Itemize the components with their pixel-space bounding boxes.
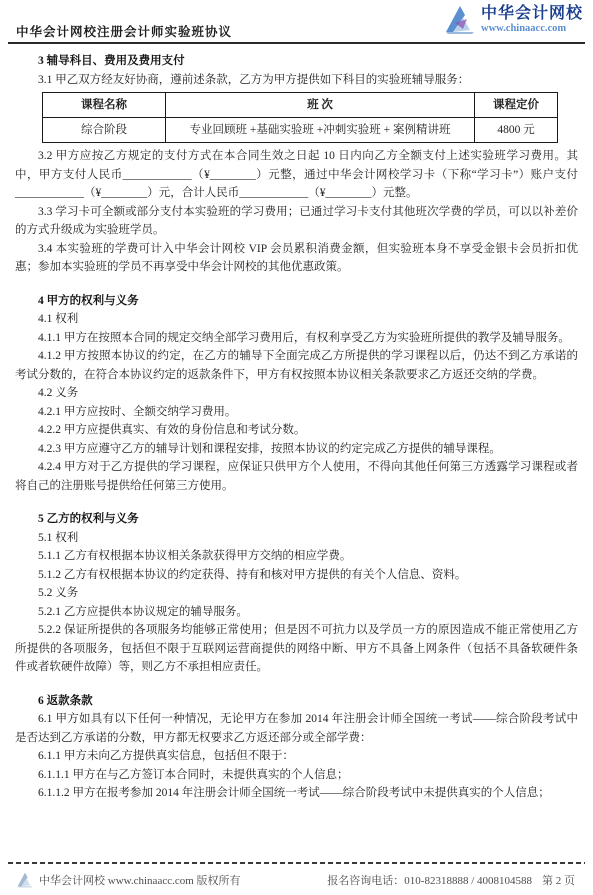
clause-4-2: 4.2 义务 [15, 384, 578, 403]
document-page: 中华会计网校注册会计师实验班协议 中华会计网校 www.chinaacc.com… [0, 0, 593, 895]
school-logo-icon [443, 3, 477, 37]
clause-5-2: 5.2 义务 [15, 584, 578, 603]
clause-3-4: 3.4 本实验班的学费可计入中华会计网校 VIP 会员累积消费金额，但实验班本身… [15, 240, 578, 277]
page-footer: 中华会计网校 www.chinaacc.com 版权所有 报名咨询电话：010-… [0, 862, 593, 889]
clause-6-1-1-2: 6.1.1.2 甲方在报考参加 2014 年注册会计师全国统一考试——综合阶段考… [15, 784, 578, 803]
contract-body: 3 辅导科目、费用及费用支付 3.1 甲乙双方经友好协商，遵前述条款，乙方为甲方… [0, 44, 593, 803]
clause-4-1-1: 4.1.1 甲方在按照本合同的规定交纳全部学习费用后，有权利享受乙方为实验班所提… [15, 329, 578, 348]
clause-5-1: 5.1 权利 [15, 529, 578, 548]
clause-6-1-1-1: 6.1.1.1 甲方在与乙方签订本合同时，未提供真实的个人信息； [15, 766, 578, 785]
brand-name: 中华会计网校 [481, 5, 583, 23]
table-header-row: 课程名称 班 次 课程定价 [43, 93, 558, 118]
clause-4-2-3: 4.2.3 甲方应遵守乙方的辅导计划和课程安排，按照本协议的约定完成乙方提供的辅… [15, 440, 578, 459]
clause-4-2-1: 4.2.1 甲方应按时、全额交纳学习费用。 [15, 403, 578, 422]
clause-5-2-2: 5.2.2 保证所提供的各项服务均能够正常使用；但是因不可抗力以及学员一方的原因… [15, 621, 578, 677]
clause-5-1-2: 5.1.2 乙方有权根据本协议的约定获得、持有和核对甲方提供的有关个人信息、资料… [15, 566, 578, 585]
brand-url: www.chinaacc.com [481, 23, 583, 35]
table-row: 综合阶段 专业回顾班 +基础实验班 +冲刺实验班 + 案例精讲班 4800 元 [43, 118, 558, 143]
header-rule [8, 42, 585, 44]
document-title: 中华会计网校注册会计师实验班协议 [16, 22, 232, 40]
footer-copyright: 中华会计网校 www.chinaacc.com 版权所有 [16, 871, 241, 889]
cell-course-name: 综合阶段 [43, 118, 166, 143]
col-header-price: 课程定价 [475, 93, 558, 118]
clause-4-1: 4.1 权利 [15, 310, 578, 329]
clause-6-1: 6.1 甲方如具有以下任何一种情况，无论甲方在参加 2014 年注册会计师全国统… [15, 710, 578, 747]
cell-class-list: 专业回顾班 +基础实验班 +冲刺实验班 + 案例精讲班 [166, 118, 475, 143]
course-table: 课程名称 班 次 课程定价 综合阶段 专业回顾班 +基础实验班 +冲刺实验班 +… [42, 92, 558, 143]
clause-4-1-2: 4.1.2 甲方按照本协议的约定，在乙方的辅导下全面完成乙方所提供的学习课程以后… [15, 347, 578, 384]
clause-4-2-4: 4.2.4 甲方对于乙方提供的学习课程，应保证只供甲方个人使用，不得向其他任何第… [15, 458, 578, 495]
clause-5-1-1: 5.1.1 乙方有权根据本协议相关条款获得甲方交纳的相应学费。 [15, 547, 578, 566]
brand-logo: 中华会计网校 www.chinaacc.com [443, 3, 583, 37]
footer-rule [8, 862, 585, 864]
clause-3-3: 3.3 学习卡可全额或部分支付本实验班的学习费用；已通过学习卡支付其他班次学费的… [15, 203, 578, 240]
page-header: 中华会计网校注册会计师实验班协议 中华会计网校 www.chinaacc.com [0, 0, 593, 44]
col-header-class: 班 次 [166, 93, 475, 118]
footer-copyright-text: 中华会计网校 www.chinaacc.com 版权所有 [39, 872, 241, 888]
clause-3-1: 3.1 甲乙双方经友好协商，遵前述条款，乙方为甲方提供如下科目的实验班辅导服务： [15, 71, 578, 90]
school-logo-icon-small [16, 871, 34, 889]
clause-3-2: 3.2 甲方应按乙方规定的支付方式在本合同生效之日起 10 日内向乙方全额支付上… [15, 147, 578, 203]
section-4-heading: 4 甲方的权利与义务 [15, 292, 578, 311]
clause-5-2-1: 5.2.1 乙方应提供本协议规定的辅导服务。 [15, 603, 578, 622]
brand-text: 中华会计网校 www.chinaacc.com [481, 5, 583, 34]
col-header-course-name: 课程名称 [43, 93, 166, 118]
footer-phone: 报名咨询电话：010-82318888 / 4008104588 [327, 872, 532, 888]
section-3-heading: 3 辅导科目、费用及费用支付 [15, 52, 578, 71]
clause-4-2-2: 4.2.2 甲方应提供真实、有效的身份信息和考试分数。 [15, 421, 578, 440]
section-5-heading: 5 乙方的权利与义务 [15, 510, 578, 529]
page-number: 第 2 页 [542, 872, 575, 888]
clause-6-1-1: 6.1.1 甲方未向乙方提供真实信息，包括但不限于： [15, 747, 578, 766]
cell-price: 4800 元 [475, 118, 558, 143]
section-6-heading: 6 返款条款 [15, 692, 578, 711]
